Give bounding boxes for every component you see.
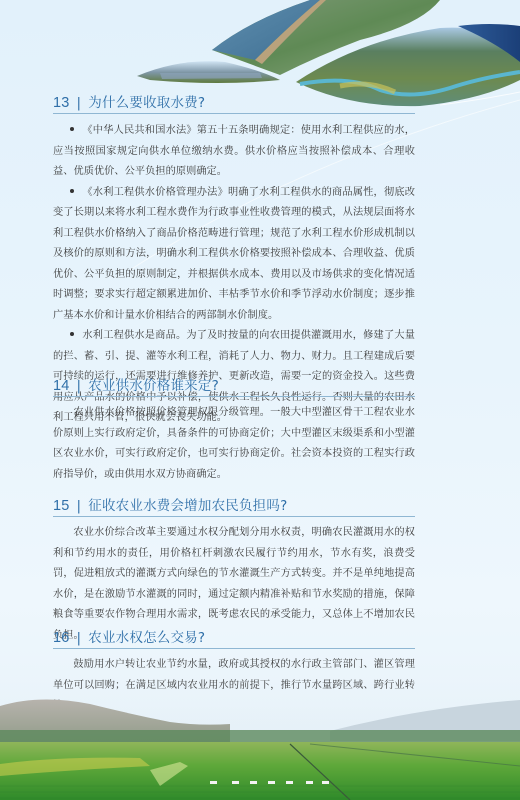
section-heading: 14 | 农业供水价格谁来定? — [53, 376, 415, 397]
heading-separator: | — [77, 628, 82, 648]
farmland-landscape-icon — [0, 686, 520, 800]
section-heading: 16 | 农业水权怎么交易? — [53, 628, 415, 649]
section-heading: 13 | 为什么要收取水费? — [53, 93, 415, 114]
question-title: 农业水权怎么交易? — [88, 628, 205, 648]
brochure-page: 13 | 为什么要收取水费? 《中华人民共和国水法》第五十五条明确规定：使用水利… — [0, 0, 520, 800]
bullet-icon — [70, 127, 74, 131]
paragraph: 《中华人民共和国水法》第五十五条明确规定：使用水利工程供应的水，应当按照国家规定… — [53, 121, 415, 183]
question-title: 农业供水价格谁来定? — [88, 376, 219, 396]
question-title: 征收农业水费会增加农民负担吗? — [88, 496, 287, 516]
faq-section-15: 15 | 征收农业水费会增加农民负担吗? 农业水价综合改革主要通过水权分配划分用… — [53, 496, 415, 646]
paragraph: 《水利工程供水价格管理办法》明确了水利工程供水的商品属性，彻底改变了长期以来将水… — [53, 183, 415, 327]
faq-section-14: 14 | 农业供水价格谁来定? 农业供水价格按照价格管理权限分级管理。一般大中型… — [53, 376, 415, 485]
question-number: 16 — [53, 628, 70, 648]
faq-content: 13 | 为什么要收取水费? 《中华人民共和国水法》第五十五条明确规定：使用水利… — [53, 93, 415, 429]
section-heading: 15 | 征收农业水费会增加农民负担吗? — [53, 496, 415, 517]
heading-separator: | — [77, 93, 82, 113]
question-number: 15 — [53, 496, 70, 516]
question-title: 为什么要收取水费? — [88, 93, 205, 113]
heading-separator: | — [77, 376, 82, 396]
paragraph: 农业供水价格按照价格管理权限分级管理。一般大中型灌区骨干工程农业水价原则上实行政… — [53, 403, 415, 485]
bottom-farmland-photo — [0, 686, 520, 800]
bullet-icon — [70, 189, 74, 193]
heading-separator: | — [77, 496, 82, 516]
question-number: 14 — [53, 376, 70, 396]
bullet-icon — [70, 332, 74, 336]
question-number: 13 — [53, 93, 70, 113]
